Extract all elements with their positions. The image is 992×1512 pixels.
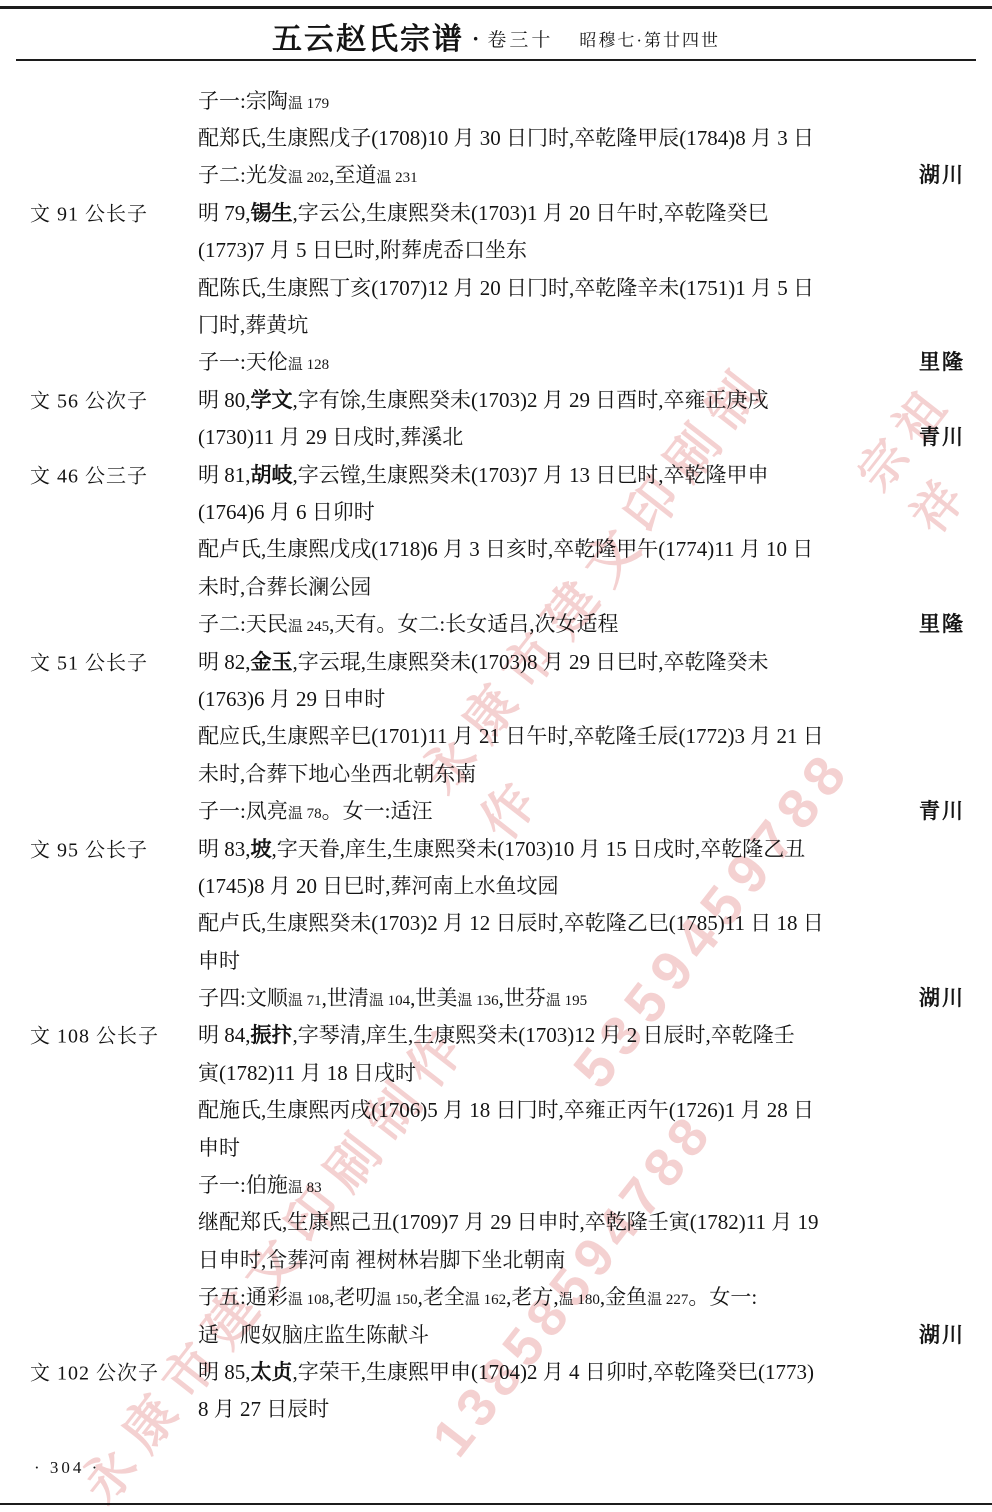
entry-text: 配郑氏,生康熙戊子(1708)10 月 30 日冂时,卒乾隆甲辰(1784)8 … [198,122,814,152]
entry-text: 配陈氏,生康熙丁亥(1707)12 月 20 日冂时,卒乾隆辛未(1751)1 … [198,272,814,302]
entry-line: 申时 [0,941,992,978]
person-name: 振抃 [251,1024,293,1047]
generation-label: 文 46 公三子 [30,459,148,488]
entry-line: 冂时,葬黄坑 [0,305,992,342]
page-number: · 304 · [34,1458,100,1478]
person-name: 锡生 [251,202,293,225]
entry-line: 子一:宗陶温 179 [0,81,992,118]
entry-text-segment: ,字琴清,庠生,生康熙癸未(1703)12 月 2 日辰时,卒乾隆壬 [293,1023,795,1047]
book-title: 五云赵氏宗谱 [272,23,464,56]
entry-text-segment: 。女一:适汪 [322,799,433,823]
entry-text: 未时,合葬长澜公园 [198,571,371,601]
entry-text-segment: 寅(1782)11 月 18 日戌时 [198,1061,416,1085]
entry-text-segment: ,金鱼 [600,1285,647,1309]
entry-text: 适 爬奴脑庄监生陈献斗 [198,1319,429,1349]
entry-line: 未时,合葬长澜公园 [0,567,992,604]
entry-text-segment: 日申时,合葬河南 裡树林岩脚下坐北朝南 [198,1248,566,1272]
entry-text-segment: 子一:宗陶 [198,89,288,113]
entry-text-segment: 。女一: [688,1285,757,1309]
entry-text: 继配郑氏,生康熙己丑(1709)7 月 29 日申时,卒乾隆壬寅(1782)11… [198,1206,818,1236]
entry-text: (1730)11 月 29 日戌时,葬溪北 [198,421,463,451]
person-name: 金玉 [251,651,293,674]
entry-line: 文 56 公次子明 80,学文,字有馀,生康熙癸未(1703)2 月 29 日酉… [0,380,992,417]
entry-line: 日申时,合葬河南 裡树林岩脚下坐北朝南 [0,1240,992,1277]
entry-text: 申时 [198,945,240,975]
entry-text: 配卢氏,生康熙戊戌(1718)6 月 3 日亥时,卒乾隆甲午(1774)11 月… [198,533,813,563]
entry-text-segment: 明 82, [198,650,251,674]
entry-line: (1763)6 月 29 日申时 [0,679,992,716]
annotation-number: 温 136 [457,993,498,1009]
annotation-number: 温 150 [376,1292,417,1308]
entry-text: 配应氏,生康熙辛巳(1701)11 月 21 日午时,卒乾隆壬辰(1772)3 … [198,720,824,750]
entry-text: 子一:伯施温 83 [198,1169,322,1199]
entry-text-segment: 8 月 27 日辰时 [198,1397,329,1421]
entry-line: 子一:凤亮温 78。女一:适汪青川 [0,791,992,828]
volume-label: 卷三十 [487,30,553,51]
entry-text-segment: 申时 [198,949,240,973]
entry-text: 明 83,坡,字天眷,庠生,生康熙癸未(1703)10 月 15 日戌时,卒乾隆… [198,833,805,863]
entry-text: 明 85,太贞,字荣干,生康熙甲申(1704)2 月 4 日卯时,卒乾隆癸巳(1… [198,1356,814,1386]
entry-text-segment: 明 79, [198,201,251,225]
entry-text: 子一:天伦温 128 [198,346,329,376]
entry-line: 文 46 公三子明 81,胡岐,字云镗,生康熙癸未(1703)7 月 13 日巳… [0,455,992,492]
entry-text: (1764)6 月 6 日卯时 [198,496,375,526]
section-label: 昭穆七·第廿四世 [579,31,720,50]
entry-text-segment: 明 80, [198,388,251,412]
top-rule [0,6,992,9]
entry-line: 适 爬奴脑庄监生陈献斗湖川 [0,1315,992,1352]
entry-line: (1764)6 月 6 日卯时 [0,492,992,529]
entry-text-segment: 子五:通彩 [198,1285,288,1309]
entry-text-segment: 配卢氏,生康熙戊戌(1718)6 月 3 日亥时,卒乾隆甲午(1774)11 月… [198,537,813,561]
entry-text: 子四:文顺温 71,世清温 104,世美温 136,世芬温 195 [198,982,587,1012]
generation-label: 文 91 公长子 [30,197,148,226]
annotation-number: 温 108 [288,1292,329,1308]
entry-line: 文 51 公长子明 82,金玉,字云琨,生康熙癸未(1703)8 月 29 日巳… [0,642,992,679]
annotation-number: 温 162 [465,1292,506,1308]
branch-tag: 青川 [919,795,965,825]
entry-text: 配施氏,生康熙丙戌(1706)5 月 18 日冂时,卒雍正丙午(1726)1 月… [198,1094,814,1124]
entry-text-segment: 子二:光发 [198,163,288,187]
entry-text-segment: 未时,合葬下地心坐西北朝东南 [198,762,476,786]
entry-line: 子五:通彩温 108,老叨温 150,老全温 162,老方,温 180,金鱼温 … [0,1278,992,1315]
entry-text-segment: 适 爬奴脑庄监生陈献斗 [198,1323,429,1347]
entry-text-segment: ,老全 [418,1285,465,1309]
annotation-number: 温 180 [559,1292,600,1308]
entry-line: 配陈氏,生康熙丁亥(1707)12 月 20 日冂时,卒乾隆辛未(1751)1 … [0,268,992,305]
entry-text: 冂时,葬黄坑 [198,309,308,339]
entry-text-segment: (1730)11 月 29 日戌时,葬溪北 [198,425,463,449]
annotation-number: 温 202 [288,170,329,186]
branch-tag: 湖川 [919,1319,965,1349]
entry-text-segment: ,世美 [410,986,457,1010]
entry-text: 寅(1782)11 月 18 日戌时 [198,1057,416,1087]
entry-line: 8 月 27 日辰时 [0,1390,992,1427]
annotation-number: 温 71 [288,993,322,1009]
entry-text-segment: ,字有馀,生康熙癸未(1703)2 月 29 日酉时,卒雍正庚戌 [293,388,769,412]
branch-tag: 湖川 [919,982,965,1012]
entry-text: (1763)6 月 29 日申时 [198,683,385,713]
generation-label: 文 56 公次子 [30,384,148,413]
branch-tag: 青川 [919,421,965,451]
entry-text-segment: 子二:天民 [198,612,288,636]
entry-text: 明 84,振抃,字琴清,庠生,生康熙癸未(1703)12 月 2 日辰时,卒乾隆… [198,1019,795,1049]
entry-line: 子一:天伦温 128里隆 [0,343,992,380]
entry-line: 文 102 公次子明 85,太贞,字荣干,生康熙甲申(1704)2 月 4 日卯… [0,1352,992,1389]
page-header: 五云赵氏宗谱·卷三十昭穆七·第廿四世 [0,14,992,58]
entry-text: 子二:天民温 245,天有。女二:长女适吕,次女适程 [198,608,618,638]
entry-line: 子一:伯施温 83 [0,1165,992,1202]
entry-text-segment: ,字云镗,生康熙癸未(1703)7 月 13 日巳时,卒乾隆甲申 [293,463,769,487]
genealogy-page: 五云赵氏宗谱·卷三十昭穆七·第廿四世 永康市建文印刷制作 5359459788 … [0,0,992,1512]
person-name: 学文 [251,389,293,412]
entry-line: 申时 [0,1128,992,1165]
person-name: 胡岐 [251,464,293,487]
entry-text-segment: ,老方, [506,1285,559,1309]
entry-text-segment: 明 81, [198,463,251,487]
entry-line: 继配郑氏,生康熙己丑(1709)7 月 29 日申时,卒乾隆壬寅(1782)11… [0,1203,992,1240]
entry-text-segment: ,天有。女二:长女适吕,次女适程 [329,612,618,636]
entry-text-segment: 子一:凤亮 [198,799,288,823]
entry-line: (1730)11 月 29 日戌时,葬溪北青川 [0,418,992,455]
entry-line: 文 108 公长子明 84,振抃,字琴清,庠生,生康熙癸未(1703)12 月 … [0,1016,992,1053]
entry-line: 配卢氏,生康熙癸未(1703)2 月 12 日辰时,卒乾隆乙巳(1785)11 … [0,904,992,941]
annotation-number: 温 195 [546,993,587,1009]
person-name: 坡 [251,838,272,861]
entry-line: 配卢氏,生康熙戊戌(1718)6 月 3 日亥时,卒乾隆甲午(1774)11 月… [0,530,992,567]
entry-text-segment: 子四:文顺 [198,986,288,1010]
annotation-number: 温 231 [376,170,417,186]
entry-text-segment: ,字天眷,庠生,生康熙癸未(1703)10 月 15 日戌时,卒乾隆乙丑 [272,837,806,861]
entry-text-segment: 子一:伯施 [198,1173,288,1197]
header-rule [16,59,976,61]
entry-text-segment: 继配郑氏,生康熙己丑(1709)7 月 29 日申时,卒乾隆壬寅(1782)11… [198,1210,818,1234]
entry-text-segment: (1764)6 月 6 日卯时 [198,500,375,524]
entry-text-segment: (1745)8 月 20 日巳时,葬河南上水鱼坟园 [198,874,559,898]
generation-label: 文 51 公长子 [30,646,148,675]
entry-text: 明 81,胡岐,字云镗,生康熙癸未(1703)7 月 13 日巳时,卒乾隆甲申 [198,459,769,489]
annotation-number: 温 227 [647,1292,688,1308]
entry-text: 明 79,锡生,字云公,生康熙癸未(1703)1 月 20 日午时,卒乾隆癸巳 [198,197,769,227]
annotation-number: 温 179 [288,96,329,112]
entry-text-segment: 明 85, [198,1360,251,1384]
entry-text-segment: (1773)7 月 5 日巳时,附葬虎岙口坐东 [198,238,527,262]
entry-line: 子二:天民温 245,天有。女二:长女适吕,次女适程里隆 [0,604,992,641]
entry-text-segment: 子一:天伦 [198,350,288,374]
entry-text: (1773)7 月 5 日巳时,附葬虎岙口坐东 [198,234,527,264]
entry-text-segment: 配陈氏,生康熙丁亥(1707)12 月 20 日冂时,卒乾隆辛未(1751)1 … [198,276,814,300]
entry-text-segment: ,至道 [329,163,376,187]
entry-line: (1773)7 月 5 日巳时,附葬虎岙口坐东 [0,231,992,268]
entry-line: 文 91 公长子明 79,锡生,字云公,生康熙癸未(1703)1 月 20 日午… [0,193,992,230]
entry-text-segment: ,字荣干,生康熙甲申(1704)2 月 4 日卯时,卒乾隆癸巳(1773) [293,1360,814,1384]
entry-line: 配郑氏,生康熙戊子(1708)10 月 30 日冂时,卒乾隆甲辰(1784)8 … [0,118,992,155]
entry-text: 子二:光发温 202,至道温 231 [198,159,418,189]
person-name: 太贞 [251,1361,293,1384]
entry-text-segment: 明 84, [198,1023,251,1047]
entry-line: 文 95 公长子明 83,坡,字天眷,庠生,生康熙癸未(1703)10 月 15… [0,829,992,866]
annotation-number: 温 83 [288,1180,322,1196]
entry-text-segment: ,字云琨,生康熙癸未(1703)8 月 29 日巳时,卒乾隆癸未 [293,650,769,674]
bottom-rule [0,1503,992,1505]
entry-text: 日申时,合葬河南 裡树林岩脚下坐北朝南 [198,1244,566,1274]
entry-text-segment: ,世芬 [499,986,546,1010]
entry-text-segment: 未时,合葬长澜公园 [198,575,371,599]
entry-text-segment: 配卢氏,生康熙癸未(1703)2 月 12 日辰时,卒乾隆乙巳(1785)11 … [198,911,824,935]
entry-text: 明 80,学文,字有馀,生康熙癸未(1703)2 月 29 日酉时,卒雍正庚戌 [198,384,769,414]
entry-text: 配卢氏,生康熙癸未(1703)2 月 12 日辰时,卒乾隆乙巳(1785)11 … [198,907,824,937]
entry-line: 配施氏,生康熙丙戌(1706)5 月 18 日冂时,卒雍正丙午(1726)1 月… [0,1091,992,1128]
entry-line: (1745)8 月 20 日巳时,葬河南上水鱼坟园 [0,866,992,903]
annotation-number: 温 245 [288,619,329,635]
entry-text-segment: 明 83, [198,837,251,861]
annotation-number: 温 104 [369,993,410,1009]
entry-text-segment: ,世清 [322,986,369,1010]
entry-text: 8 月 27 日辰时 [198,1393,329,1423]
entry-text-segment: (1763)6 月 29 日申时 [198,687,385,711]
entry-line: 配应氏,生康熙辛巳(1701)11 月 21 日午时,卒乾隆壬辰(1772)3 … [0,717,992,754]
branch-tag: 里隆 [919,346,965,376]
entries-list: 子一:宗陶温 179配郑氏,生康熙戊子(1708)10 月 30 日冂时,卒乾隆… [0,81,992,1427]
generation-label: 文 102 公次子 [30,1356,159,1385]
entry-line: 未时,合葬下地心坐西北朝东南 [0,754,992,791]
title-separator-dot: · [472,26,479,51]
entry-text: 申时 [198,1132,240,1162]
entry-text-segment: 配应氏,生康熙辛巳(1701)11 月 21 日午时,卒乾隆壬辰(1772)3 … [198,724,824,748]
annotation-number: 温 78 [288,806,322,822]
generation-label: 文 108 公长子 [30,1020,159,1049]
entry-line: 子四:文顺温 71,世清温 104,世美温 136,世芬温 195湖川 [0,978,992,1015]
entry-text: 子一:宗陶温 179 [198,85,329,115]
branch-tag: 湖川 [919,159,965,189]
entry-line: 子二:光发温 202,至道温 231湖川 [0,156,992,193]
annotation-number: 温 128 [288,357,329,373]
entry-text: 子一:凤亮温 78。女一:适汪 [198,795,432,825]
branch-tag: 里隆 [919,608,965,638]
entry-line: 寅(1782)11 月 18 日戌时 [0,1053,992,1090]
entry-text-segment: 配施氏,生康熙丙戌(1706)5 月 18 日冂时,卒雍正丙午(1726)1 月… [198,1098,814,1122]
entry-text: 未时,合葬下地心坐西北朝东南 [198,758,476,788]
generation-label: 文 95 公长子 [30,833,148,862]
entry-text: (1745)8 月 20 日巳时,葬河南上水鱼坟园 [198,870,559,900]
entry-text: 明 82,金玉,字云琨,生康熙癸未(1703)8 月 29 日巳时,卒乾隆癸未 [198,646,769,676]
entry-text-segment: 配郑氏,生康熙戊子(1708)10 月 30 日冂时,卒乾隆甲辰(1784)8 … [198,126,814,150]
entry-text: 子五:通彩温 108,老叨温 150,老全温 162,老方,温 180,金鱼温 … [198,1281,757,1311]
entry-text-segment: 申时 [198,1136,240,1160]
entry-text-segment: 冂时,葬黄坑 [198,313,308,337]
entry-text-segment: ,字云公,生康熙癸未(1703)1 月 20 日午时,卒乾隆癸巳 [293,201,769,225]
entry-text-segment: ,老叨 [329,1285,376,1309]
